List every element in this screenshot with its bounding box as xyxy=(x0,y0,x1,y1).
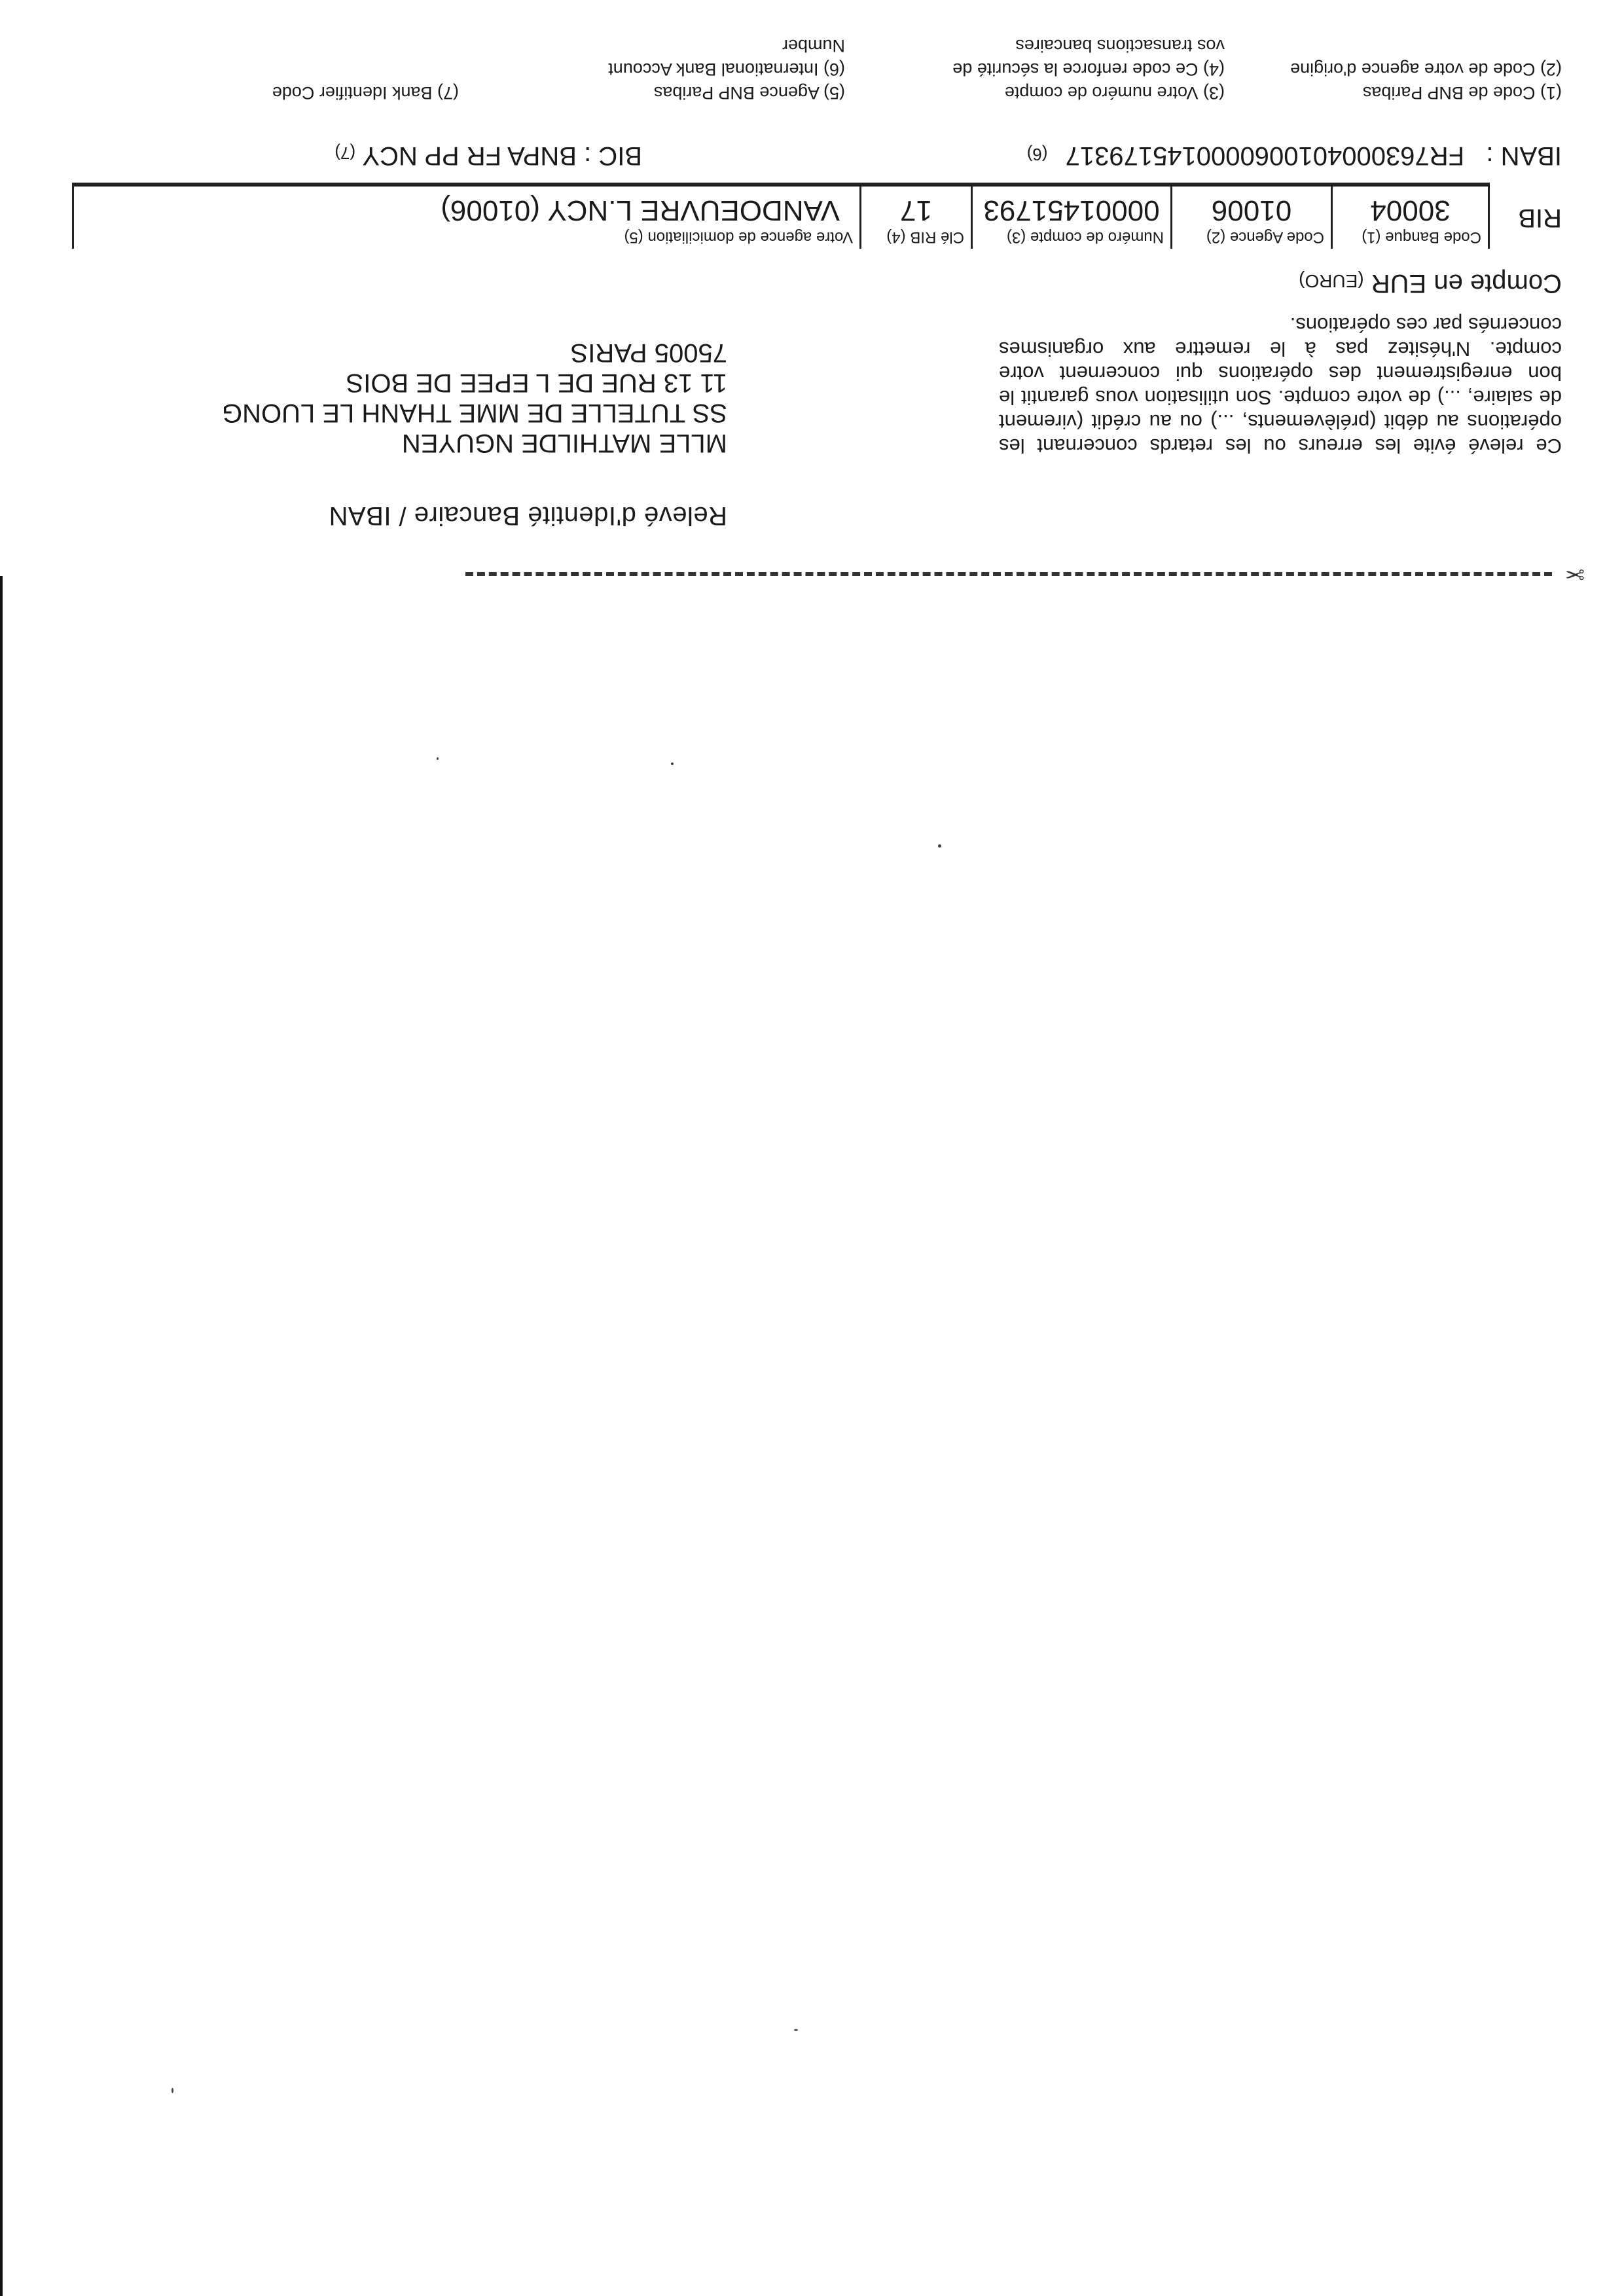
rib-value: 30004 xyxy=(1339,194,1481,226)
rib-cell-agency-code: Code Agence (2) 01006 xyxy=(1170,187,1331,249)
account-holder-address: MLLE MATHILDE NGUYEN SS TUTELLE DE MME T… xyxy=(222,338,727,458)
scissors-icon: ✂ xyxy=(1565,560,1585,588)
holder-line: 75005 PARIS xyxy=(222,338,727,368)
rib-header: Code Banque (1) xyxy=(1339,228,1481,246)
bic-value: BNPA FR PP NCY xyxy=(363,141,577,170)
bic-ref: (7) xyxy=(334,143,355,163)
iban-line: IBAN : FR7630004010060000145179317 (6) xyxy=(1027,141,1562,170)
rib-header: Votre agence de domiciliation (5) xyxy=(81,228,853,246)
legend-column: (1) Code de BNP Paribas (2) Code de votr… xyxy=(1290,58,1562,105)
rib-cell-rib-key: Clé RIB (4) 17 xyxy=(859,187,971,249)
iban-ref: (6) xyxy=(1027,145,1048,164)
holder-line: MLLE MATHILDE NGUYEN xyxy=(222,428,727,458)
scan-speck xyxy=(437,757,439,760)
iban-label: IBAN : xyxy=(1486,141,1562,170)
rib-cell-bank-code: Code Banque (1) 30004 xyxy=(1331,187,1488,249)
iban-value: FR7630004010060000145179317 xyxy=(1066,141,1464,170)
cut-line xyxy=(465,572,1552,576)
rib-table: Code Banque (1) 30004 Code Agence (2) 01… xyxy=(72,183,1490,249)
account-currency: Compte en EUR (EURO) xyxy=(1299,268,1562,298)
currency-label: Compte en EUR xyxy=(1371,269,1562,298)
scan-speck xyxy=(794,2029,798,2031)
scan-speck xyxy=(938,844,941,848)
legend-item: (5) Agence BNP Paribas xyxy=(577,81,845,105)
legend-item: (7) Bank Identifier Code xyxy=(272,81,459,105)
rib-header: Clé RIB (4) xyxy=(868,228,964,246)
rib-value: 00001451793 xyxy=(979,194,1164,226)
legend-item: (2) Code de votre agence d'origine xyxy=(1290,58,1562,81)
scan-speck xyxy=(671,762,674,765)
holder-line: 11 13 RUE DE L EPEE DE BOIS xyxy=(222,368,727,398)
currency-note: (EURO) xyxy=(1299,271,1364,291)
legend-item: (4) Ce code renforce la sécurité de vos … xyxy=(943,34,1225,81)
rib-cell-account-number: Numéro de compte (3) 00001451793 xyxy=(971,187,1170,249)
usage-notice: Ce relevé évite les erreurs ou les retar… xyxy=(999,313,1562,458)
holder-line: SS TUTELLE DE MME THANH LE LUONG xyxy=(222,398,727,428)
legend-column: (5) Agence BNP Paribas (6) International… xyxy=(577,34,845,105)
scan-page-edge xyxy=(0,576,3,2296)
scan-speck xyxy=(171,2088,173,2093)
legend-item: (1) Code de BNP Paribas xyxy=(1290,81,1562,105)
rib-label: RIB xyxy=(1518,203,1562,232)
legend-column: (3) Votre numéro de compte (4) Ce code r… xyxy=(943,34,1225,105)
legend-item: (3) Votre numéro de compte xyxy=(943,81,1225,105)
document-title: Relevé d'Identité Bancaire / IBAN xyxy=(329,501,727,530)
bic-line: BIC : BNPA FR PP NCY (7) xyxy=(334,141,642,170)
rib-header: Numéro de compte (3) xyxy=(979,228,1164,246)
legend-column: (7) Bank Identifier Code xyxy=(272,81,459,105)
rib-value: VANDOEUVRE L.NCY (01006) xyxy=(81,194,853,226)
bic-label: BIC : xyxy=(584,141,642,170)
rib-value: 01006 xyxy=(1179,194,1324,226)
rib-document: ✂ Relevé d'Identité Bancaire / IBAN MLLE… xyxy=(0,0,1624,589)
rib-header: Code Agence (2) xyxy=(1179,228,1324,246)
legend-item: (6) International Bank Account Number xyxy=(577,34,845,81)
rib-value: 17 xyxy=(868,194,964,226)
rib-cell-domiciliation: Votre agence de domiciliation (5) VANDOE… xyxy=(74,187,859,249)
